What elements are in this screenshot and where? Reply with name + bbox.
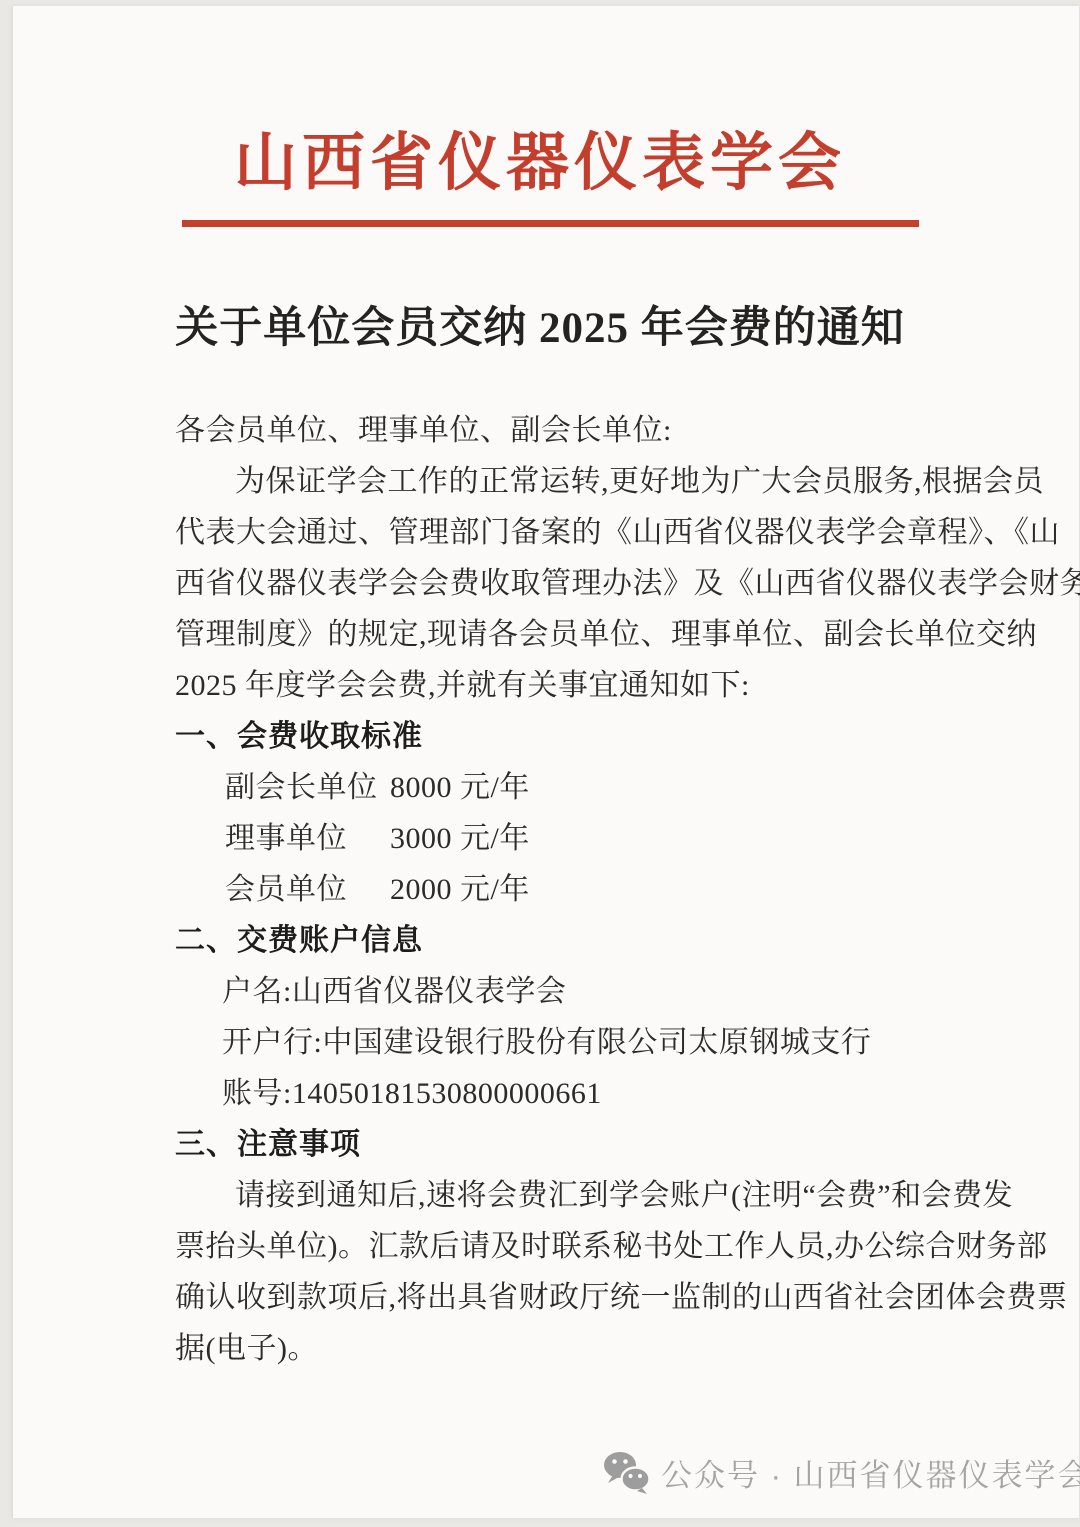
intro-line: 管理制度》的规定,现请各会员单位、理事单位、副会长单位交纳 xyxy=(175,609,925,660)
intro-line: 2025 年度学会会费,并就有关事宜通知如下: xyxy=(175,660,925,711)
watermark-text: 公众号 · 山西省仪器仪表学会 xyxy=(661,1450,1080,1495)
fee-label: 副会长单位 xyxy=(225,762,390,813)
fee-label: 会员单位 xyxy=(225,864,390,915)
notice-title: 关于单位会员交纳 2025 年会费的通知 xyxy=(0,294,1080,355)
note-line: 请接到通知后,速将会费汇到学会账户(注明“会费”和会费发 xyxy=(175,1170,925,1221)
section-heading-account: 二、交费账户信息 xyxy=(175,915,925,966)
note-line: 确认收到款项后,将出具省财政厅统一监制的山西省社会团体会费票 xyxy=(175,1272,925,1323)
intro-line: 西省仪器仪表学会会费收取管理办法》及《山西省仪器仪表学会财务 xyxy=(175,558,925,609)
wechat-icon xyxy=(603,1451,651,1495)
fee-row: 副会长单位 8000 元/年 xyxy=(175,762,925,813)
salutation: 各会员单位、理事单位、副会长单位: xyxy=(175,405,925,456)
watermark-footer: 公众号 · 山西省仪器仪表学会 xyxy=(603,1450,1080,1495)
intro-line: 为保证学会工作的正常运转,更好地为广大会员服务,根据会员 xyxy=(175,456,925,507)
note-line: 据(电子)。 xyxy=(175,1323,925,1374)
organization-title: 山西省仪器仪表学会 xyxy=(0,112,1080,203)
fee-amount: 2000 元/年 xyxy=(390,864,530,915)
account-number-line: 账号:14050181530800000661 xyxy=(175,1068,925,1119)
section-heading-notes: 三、注意事项 xyxy=(175,1119,925,1170)
notice-body: 各会员单位、理事单位、副会长单位: 为保证学会工作的正常运转,更好地为广大会员服… xyxy=(175,405,925,1374)
fee-row: 会员单位 2000 元/年 xyxy=(175,864,925,915)
fee-label: 理事单位 xyxy=(225,813,390,864)
fee-row: 理事单位 3000 元/年 xyxy=(175,813,925,864)
scanned-notice-page: 山西省仪器仪表学会 关于单位会员交纳 2025 年会费的通知 各会员单位、理事单… xyxy=(0,0,1080,1527)
red-header-rule xyxy=(182,220,919,227)
account-bank-line: 开户行:中国建设银行股份有限公司太原钢城支行 xyxy=(175,1017,925,1068)
fee-amount: 8000 元/年 xyxy=(390,762,530,813)
fee-amount: 3000 元/年 xyxy=(390,813,530,864)
note-line: 票抬头单位)。汇款后请及时联系秘书处工作人员,办公综合财务部 xyxy=(175,1221,925,1272)
section-heading-fees: 一、会费收取标准 xyxy=(175,711,925,762)
account-name-line: 户名:山西省仪器仪表学会 xyxy=(175,966,925,1017)
intro-line: 代表大会通过、管理部门备案的《山西省仪器仪表学会章程》、《山 xyxy=(175,507,925,558)
